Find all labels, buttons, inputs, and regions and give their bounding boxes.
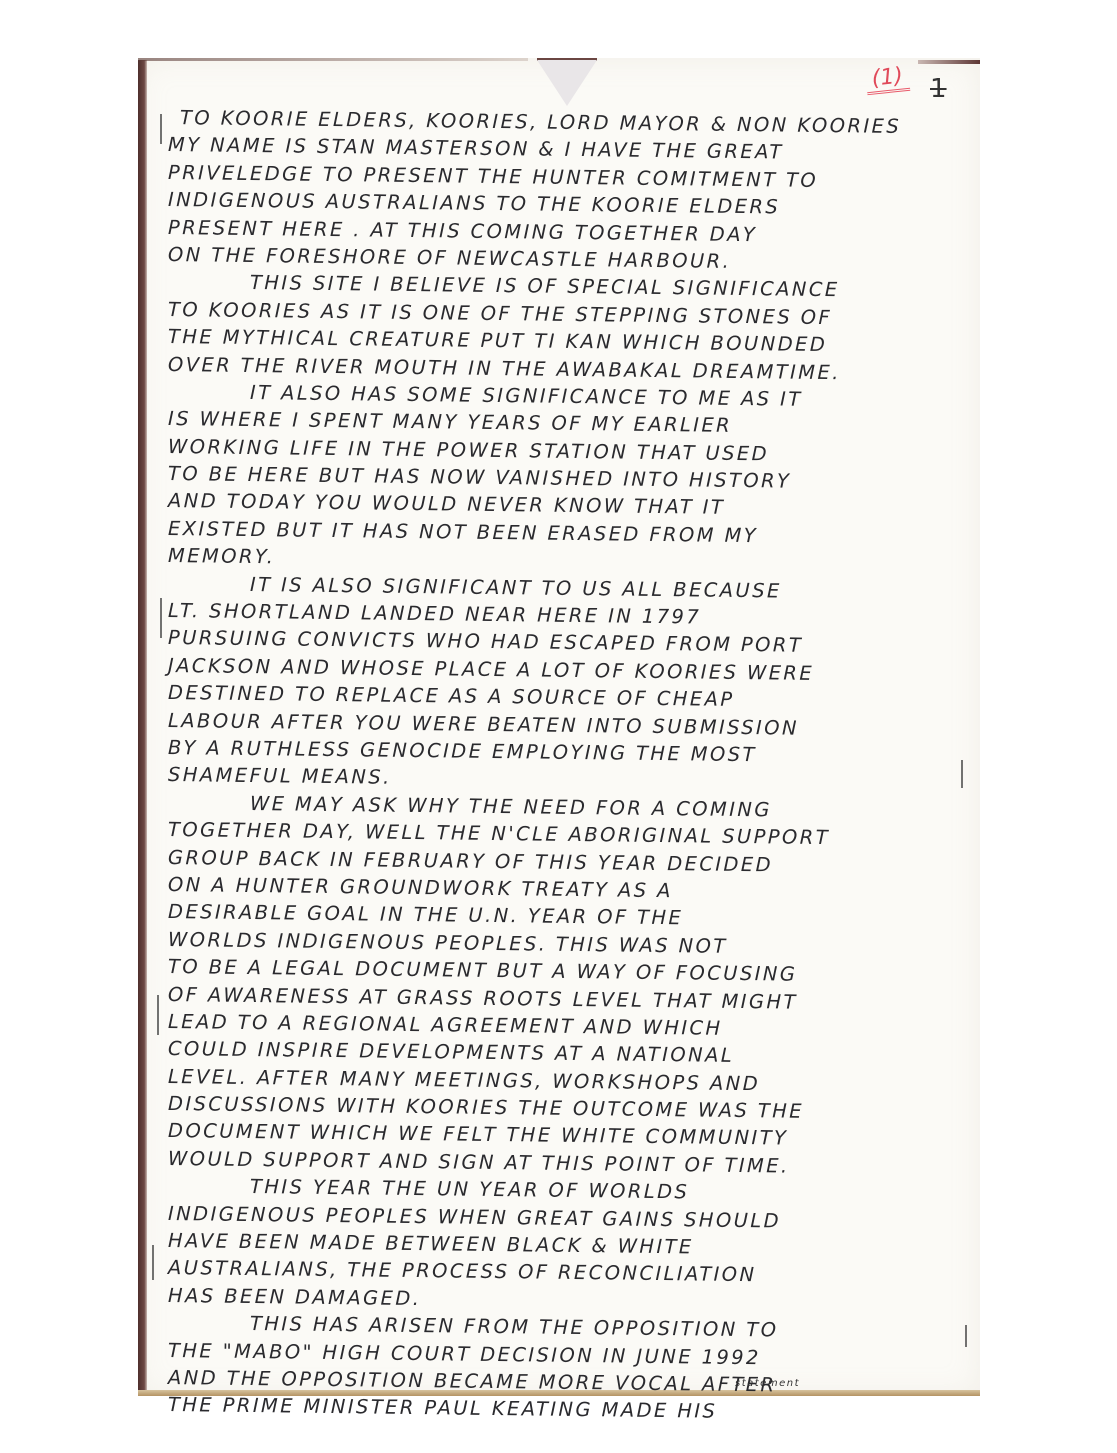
binding-edge xyxy=(138,60,147,1396)
margin-mark xyxy=(160,114,162,144)
margin-mark xyxy=(157,995,159,1035)
page-number-black: 1 xyxy=(930,74,947,104)
handwritten-speech-text: To Koorie Elders, Koories, Lord Mayor & … xyxy=(168,104,968,1419)
top-edge-strip xyxy=(138,58,528,61)
page-number-red: (1) xyxy=(865,64,911,95)
top-right-edge-strip xyxy=(918,60,980,64)
paper-notch xyxy=(537,60,597,106)
margin-mark xyxy=(152,1245,154,1280)
inserted-word-statement: statement xyxy=(735,1378,800,1389)
margin-mark xyxy=(160,598,162,638)
